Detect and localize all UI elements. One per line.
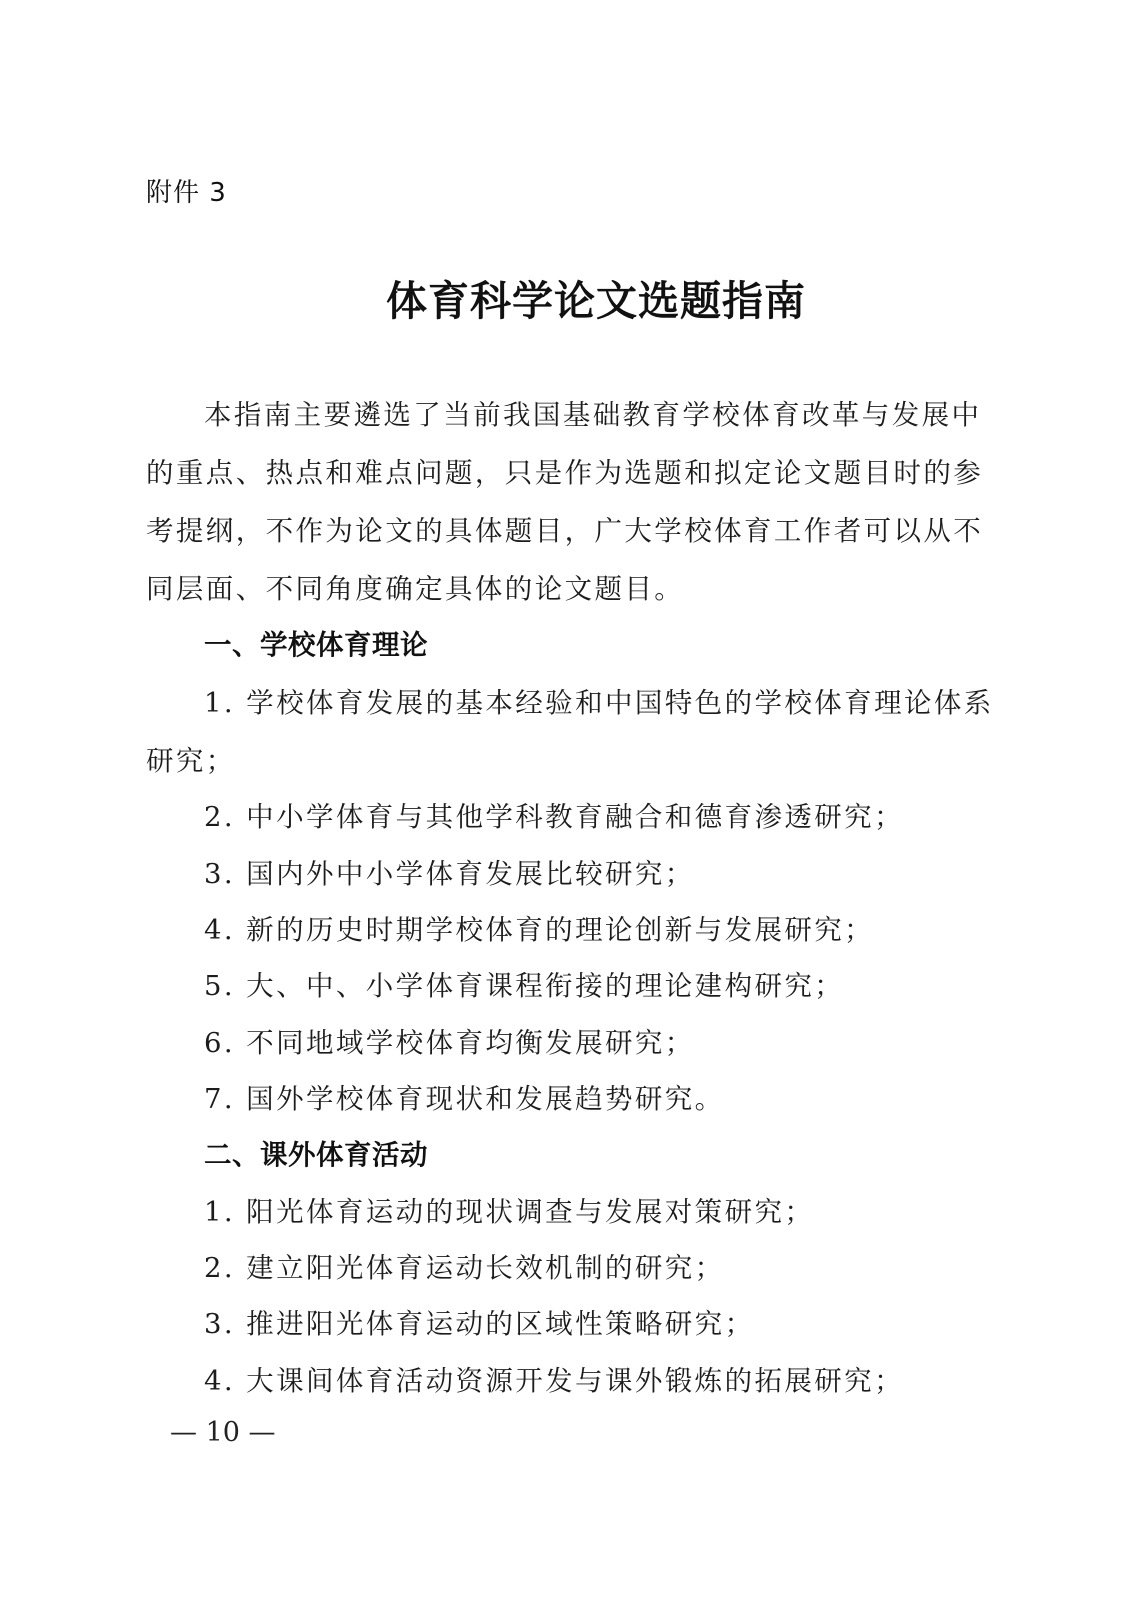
list-item: 7. 国外学校体育现状和发展趋势研究。 <box>204 1076 725 1116</box>
attachment-label: 附件 3 <box>146 172 227 209</box>
intro-line: 同层面、不同角度确定具体的论文题目。 <box>146 566 684 606</box>
list-item: 4. 大课间体育活动资源开发与课外锻炼的拓展研究； <box>204 1358 904 1398</box>
document-page: 附件 3 体育科学论文选题指南 本指南主要遴选了当前我国基础教育学校体育改革与发… <box>0 0 1132 1600</box>
list-item-continuation: 研究； <box>146 738 236 778</box>
list-item: 2. 建立阳光体育运动长效机制的研究； <box>204 1245 725 1285</box>
page-number: — 10 — <box>170 1417 276 1448</box>
list-item: 4. 新的历史时期学校体育的理论创新与发展研究； <box>204 907 874 947</box>
list-item: 6. 不同地域学校体育均衡发展研究； <box>204 1020 695 1060</box>
document-title: 体育科学论文选题指南 <box>0 268 1132 327</box>
intro-line: 考提纲，不作为论文的具体题目，广大学校体育工作者可以从不 <box>146 508 983 548</box>
section-heading: 二、课外体育活动 <box>204 1132 428 1172</box>
list-item: 3. 推进阳光体育运动的区域性策略研究； <box>204 1301 754 1341</box>
list-item: 5. 大、中、小学体育课程衔接的理论建构研究； <box>204 963 844 1003</box>
list-item: 3. 国内外中小学体育发展比较研究； <box>204 851 695 891</box>
intro-line: 的重点、热点和难点问题，只是作为选题和拟定论文题目时的参 <box>146 450 983 490</box>
list-item: 1. 学校体育发展的基本经验和中国特色的学校体育理论体系 <box>204 680 994 720</box>
intro-line: 本指南主要遴选了当前我国基础教育学校体育改革与发展中 <box>204 392 981 432</box>
section-heading: 一、学校体育理论 <box>204 622 428 662</box>
list-item: 1. 阳光体育运动的现状调查与发展对策研究； <box>204 1189 814 1229</box>
list-item: 2. 中小学体育与其他学科教育融合和德育渗透研究； <box>204 794 904 834</box>
